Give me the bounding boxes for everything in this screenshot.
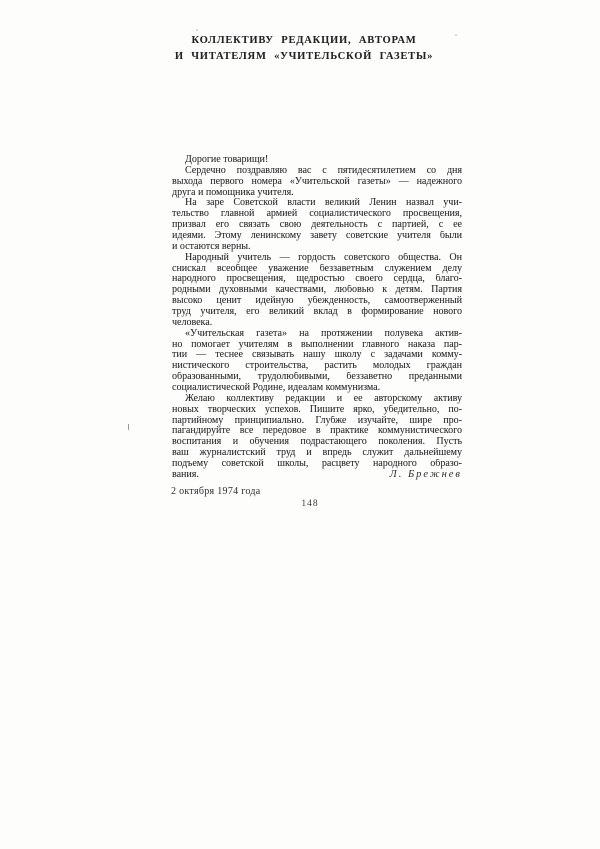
text-line: новых творческих успехов. Пишите ярко, у… xyxy=(172,405,462,416)
text-line: и остаются верны. xyxy=(172,242,462,253)
text-line: призвал его связать свою деятельность с … xyxy=(172,220,462,231)
text-line: тельство главной армией социалистическог… xyxy=(172,209,462,220)
text-line: Желаю коллективу редакции и ее авторском… xyxy=(172,394,462,405)
paragraph: Сердечно поздравляю вас с пятидесятилети… xyxy=(172,166,462,199)
date-line: 2 октября 1974 года xyxy=(171,486,261,497)
letter-body: Дорогие товарищи!Сердечно поздравляю вас… xyxy=(172,155,462,481)
text-line: Дорогие товарищи! xyxy=(172,155,462,166)
text-line: Народный учитель — гордость советского о… xyxy=(172,253,462,264)
text-line: воспитания и обучения подрастающего поко… xyxy=(172,437,462,448)
paragraph: «Учительская газета» на протяжении полув… xyxy=(172,329,462,394)
page-number: 148 xyxy=(160,499,460,509)
text-line: образованными, трудолюбивыми, беззаветно… xyxy=(172,372,462,383)
text-line: тии — теснее связывать нашу школу с зада… xyxy=(172,350,462,361)
signature: Л. Брежнев xyxy=(172,469,462,480)
text-line: народного просвещения, щедростью своего … xyxy=(172,274,462,285)
text-line: высоко ценит идейную убежденность, самоо… xyxy=(172,296,462,307)
text-line: На заре Советской власти великий Ленин н… xyxy=(172,198,462,209)
text-line: ваш журналистский труд и впредь служит д… xyxy=(172,448,462,459)
text-line: но помогает учителям в выполнении главно… xyxy=(172,340,462,351)
paragraph: Дорогие товарищи! xyxy=(172,155,462,166)
text-line: выхода первого номера «Учительской газет… xyxy=(172,177,462,188)
text-line: идеями. Этому ленинскому завету советски… xyxy=(172,231,462,242)
paragraph: Желаю коллективу редакции и ее авторском… xyxy=(172,394,462,481)
text-line: нистического строительства, растить моло… xyxy=(172,361,462,372)
document-title: КОЛЛЕКТИВУ РЕДАКЦИИ, АВТОРАМ И ЧИТАТЕЛЯМ… xyxy=(4,33,600,64)
scan-artifact-mark xyxy=(128,424,129,430)
text-line: партийному принципиально. Глубже изучайт… xyxy=(172,416,462,427)
paragraph: На заре Советской власти великий Ленин н… xyxy=(172,198,462,252)
text-line: социалистической Родине, идеалам коммуни… xyxy=(172,383,462,394)
document-title-line-1: КОЛЛЕКТИВУ РЕДАКЦИИ, АВТОРАМ xyxy=(4,33,600,49)
text-line: пагандируйте все передовое в практике ко… xyxy=(172,426,462,437)
text-line: человека. xyxy=(172,318,462,329)
text-line: труд учителя, его великий вклад в формир… xyxy=(172,307,462,318)
scan-speck xyxy=(196,29,198,31)
scan-speck xyxy=(455,34,457,36)
document-title-line-2: И ЧИТАТЕЛЯМ «УЧИТЕЛЬСКОЙ ГАЗЕТЫ» xyxy=(4,49,600,65)
scanned-book-page: КОЛЛЕКТИВУ РЕДАКЦИИ, АВТОРАМ И ЧИТАТЕЛЯМ… xyxy=(0,0,600,849)
text-line: Сердечно поздравляю вас с пятидесятилети… xyxy=(172,166,462,177)
text-line: снискал всеобщее уважение беззаветным сл… xyxy=(172,264,462,275)
text-line: друга и помощника учителя. xyxy=(172,188,462,199)
text-line: «Учительская газета» на протяжении полув… xyxy=(172,329,462,340)
paragraph: Народный учитель — гордость советского о… xyxy=(172,253,462,329)
text-line: родными духовными качествами, любовью к … xyxy=(172,285,462,296)
